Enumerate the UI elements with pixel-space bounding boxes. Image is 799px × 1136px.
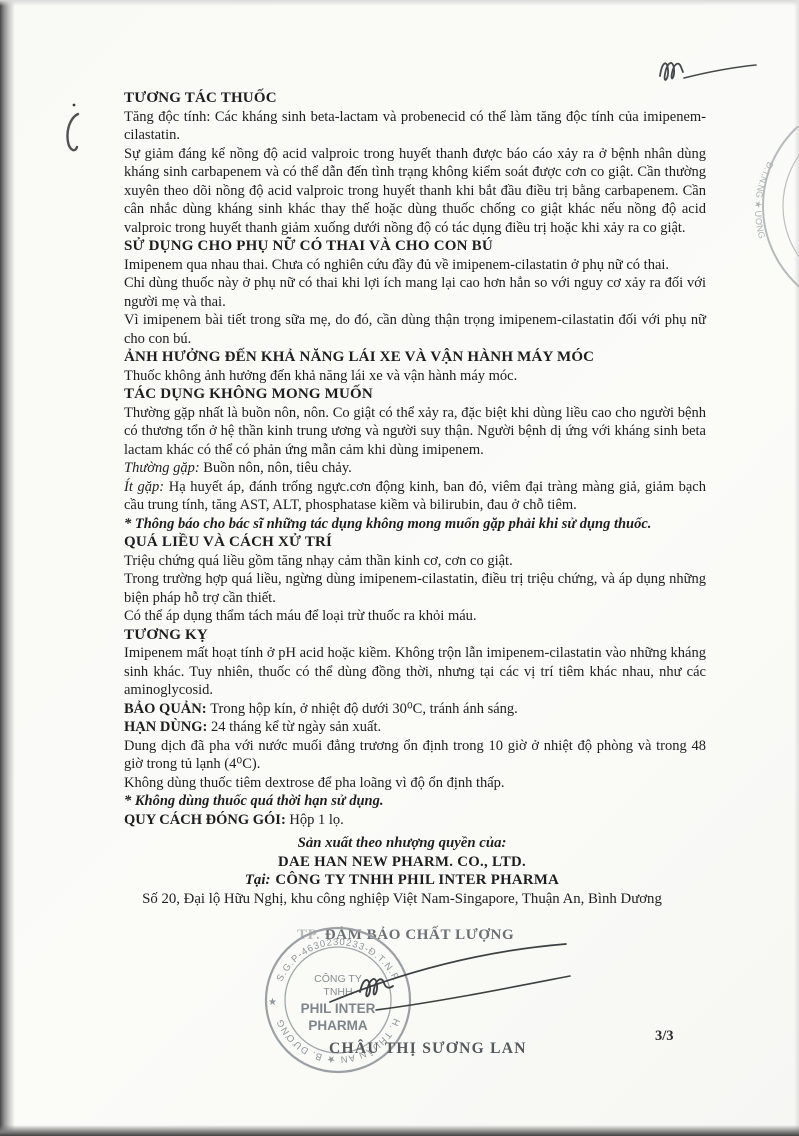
licensor-name: DAE HAN NEW PHARM. CO., LTD. — [110, 853, 694, 872]
signature — [318, 930, 583, 1025]
paragraph: Thường gặp: Buồn nôn, nôn, tiêu chảy. — [124, 459, 706, 478]
partial-stamp-edge: Đ.T.N.NG ★ ƯƠNG — [719, 126, 799, 288]
scan-edge-top — [0, 0, 799, 6]
scan-edge-bottom — [0, 1125, 799, 1136]
paragraph: BẢO QUẢN: Trong hộp kín, ở nhiệt độ dưới… — [124, 700, 706, 719]
section-heading: ẢNH HƯỞNG ĐẾN KHẢ NĂNG LÁI XE VÀ VẬN HÀN… — [124, 348, 706, 367]
paragraph-lead: QUY CÁCH ĐÓNG GÓI: — [124, 812, 289, 828]
manufacturer-name: CÔNG TY TNHH PHIL INTER PHARMA — [275, 872, 559, 888]
paragraph: Imipenem qua nhau thai. Chưa có nghiên c… — [124, 256, 706, 275]
paragraph: Triệu chứng quá liều gồm tăng nhạy cảm t… — [124, 552, 706, 571]
paragraph: Trong trường hợp quá liều, ngừng dùng im… — [124, 570, 706, 607]
paragraph: Chỉ dùng thuốc này ở phụ nữ có thai khi … — [124, 274, 706, 311]
paragraph-lead: HẠN DÙNG: — [124, 719, 211, 735]
page-number: 3/3 — [655, 1028, 674, 1045]
pen-hook-mark — [58, 100, 92, 164]
scan-edge-left — [0, 0, 15, 1136]
paragraph: Thuốc không ảnh hưởng đến khả năng lái x… — [124, 367, 706, 386]
section-heading: TƯƠNG TÁC THUỐC — [124, 89, 706, 108]
stamp-star-icon: ★ — [268, 997, 277, 1008]
license-note: Sản xuất theo nhượng quyền của: — [110, 834, 694, 853]
paragraph: HẠN DÙNG: 24 tháng kể từ ngày sản xuất. — [124, 718, 706, 737]
paragraph: * Thông báo cho bác sĩ những tác dụng kh… — [124, 515, 706, 534]
paragraph-lead: BẢO QUẢN: — [124, 701, 210, 717]
at-label: Tại: — [245, 872, 270, 888]
manufacturer-address: Số 20, Đại lộ Hữu Nghị, khu công nghiệp … — [110, 890, 694, 909]
pen-initials-mark — [638, 34, 768, 96]
section-heading: QUÁ LIỀU VÀ CÁCH XỬ TRÍ — [124, 533, 706, 552]
section-heading: TÁC DỤNG KHÔNG MONG MUỐN — [124, 385, 706, 404]
paragraph: Không dùng thuốc tiêm dextrose để pha lo… — [124, 774, 706, 793]
paragraph: Dung dịch đã pha với nước muối đẳng trươ… — [124, 737, 706, 774]
section-heading: TƯƠNG KỴ — [124, 626, 706, 645]
paragraph-lead: Thường gặp: — [124, 460, 203, 476]
paragraph: Imipenem mất hoạt tính ở pH acid hoặc ki… — [124, 644, 706, 700]
scanned-leaflet-page: Đ.T.N.NG ★ ƯƠNG TƯƠNG TÁC THUỐCTăng độc … — [0, 0, 799, 1136]
svg-text:Đ.T.N.NG ★ ƯƠNG: Đ.T.N.NG ★ ƯƠNG — [753, 160, 775, 240]
paragraph: Vì imipenem bài tiết trong sữa mẹ, do đó… — [124, 311, 706, 348]
paragraph: Thường gặp nhất là buồn nôn, nôn. Co giậ… — [124, 404, 706, 460]
paragraph: QUY CÁCH ĐÓNG GÓI: Hộp 1 lọ. — [124, 811, 706, 830]
section-heading: SỬ DỤNG CHO PHỤ NỮ CÓ THAI VÀ CHO CON BÚ — [124, 237, 706, 256]
paragraph: * Không dùng thuốc quá thời hạn sử dụng. — [124, 792, 706, 811]
paragraph: Ít gặp: Hạ huyết áp, đánh trống ngực.cơn… — [124, 478, 706, 515]
manufacturer-block: Sản xuất theo nhượng quyền của: DAE HAN … — [110, 834, 694, 908]
paragraph: Có thể áp dụng thẩm tách máu để loại trừ… — [124, 607, 706, 626]
paragraph: Sự giảm đáng kể nồng độ acid valproic tr… — [124, 145, 706, 238]
manufacturer-line: Tại:CÔNG TY TNHH PHIL INTER PHARMA — [110, 871, 694, 890]
paragraph-lead: Ít gặp: — [124, 479, 169, 495]
leaflet-text: TƯƠNG TÁC THUỐCTăng độc tính: Các kháng … — [124, 89, 706, 829]
paragraph: Tăng độc tính: Các kháng sinh beta-lacta… — [124, 108, 706, 145]
signer-name: CHÂU THỊ SƯƠNG LAN — [329, 1040, 527, 1058]
